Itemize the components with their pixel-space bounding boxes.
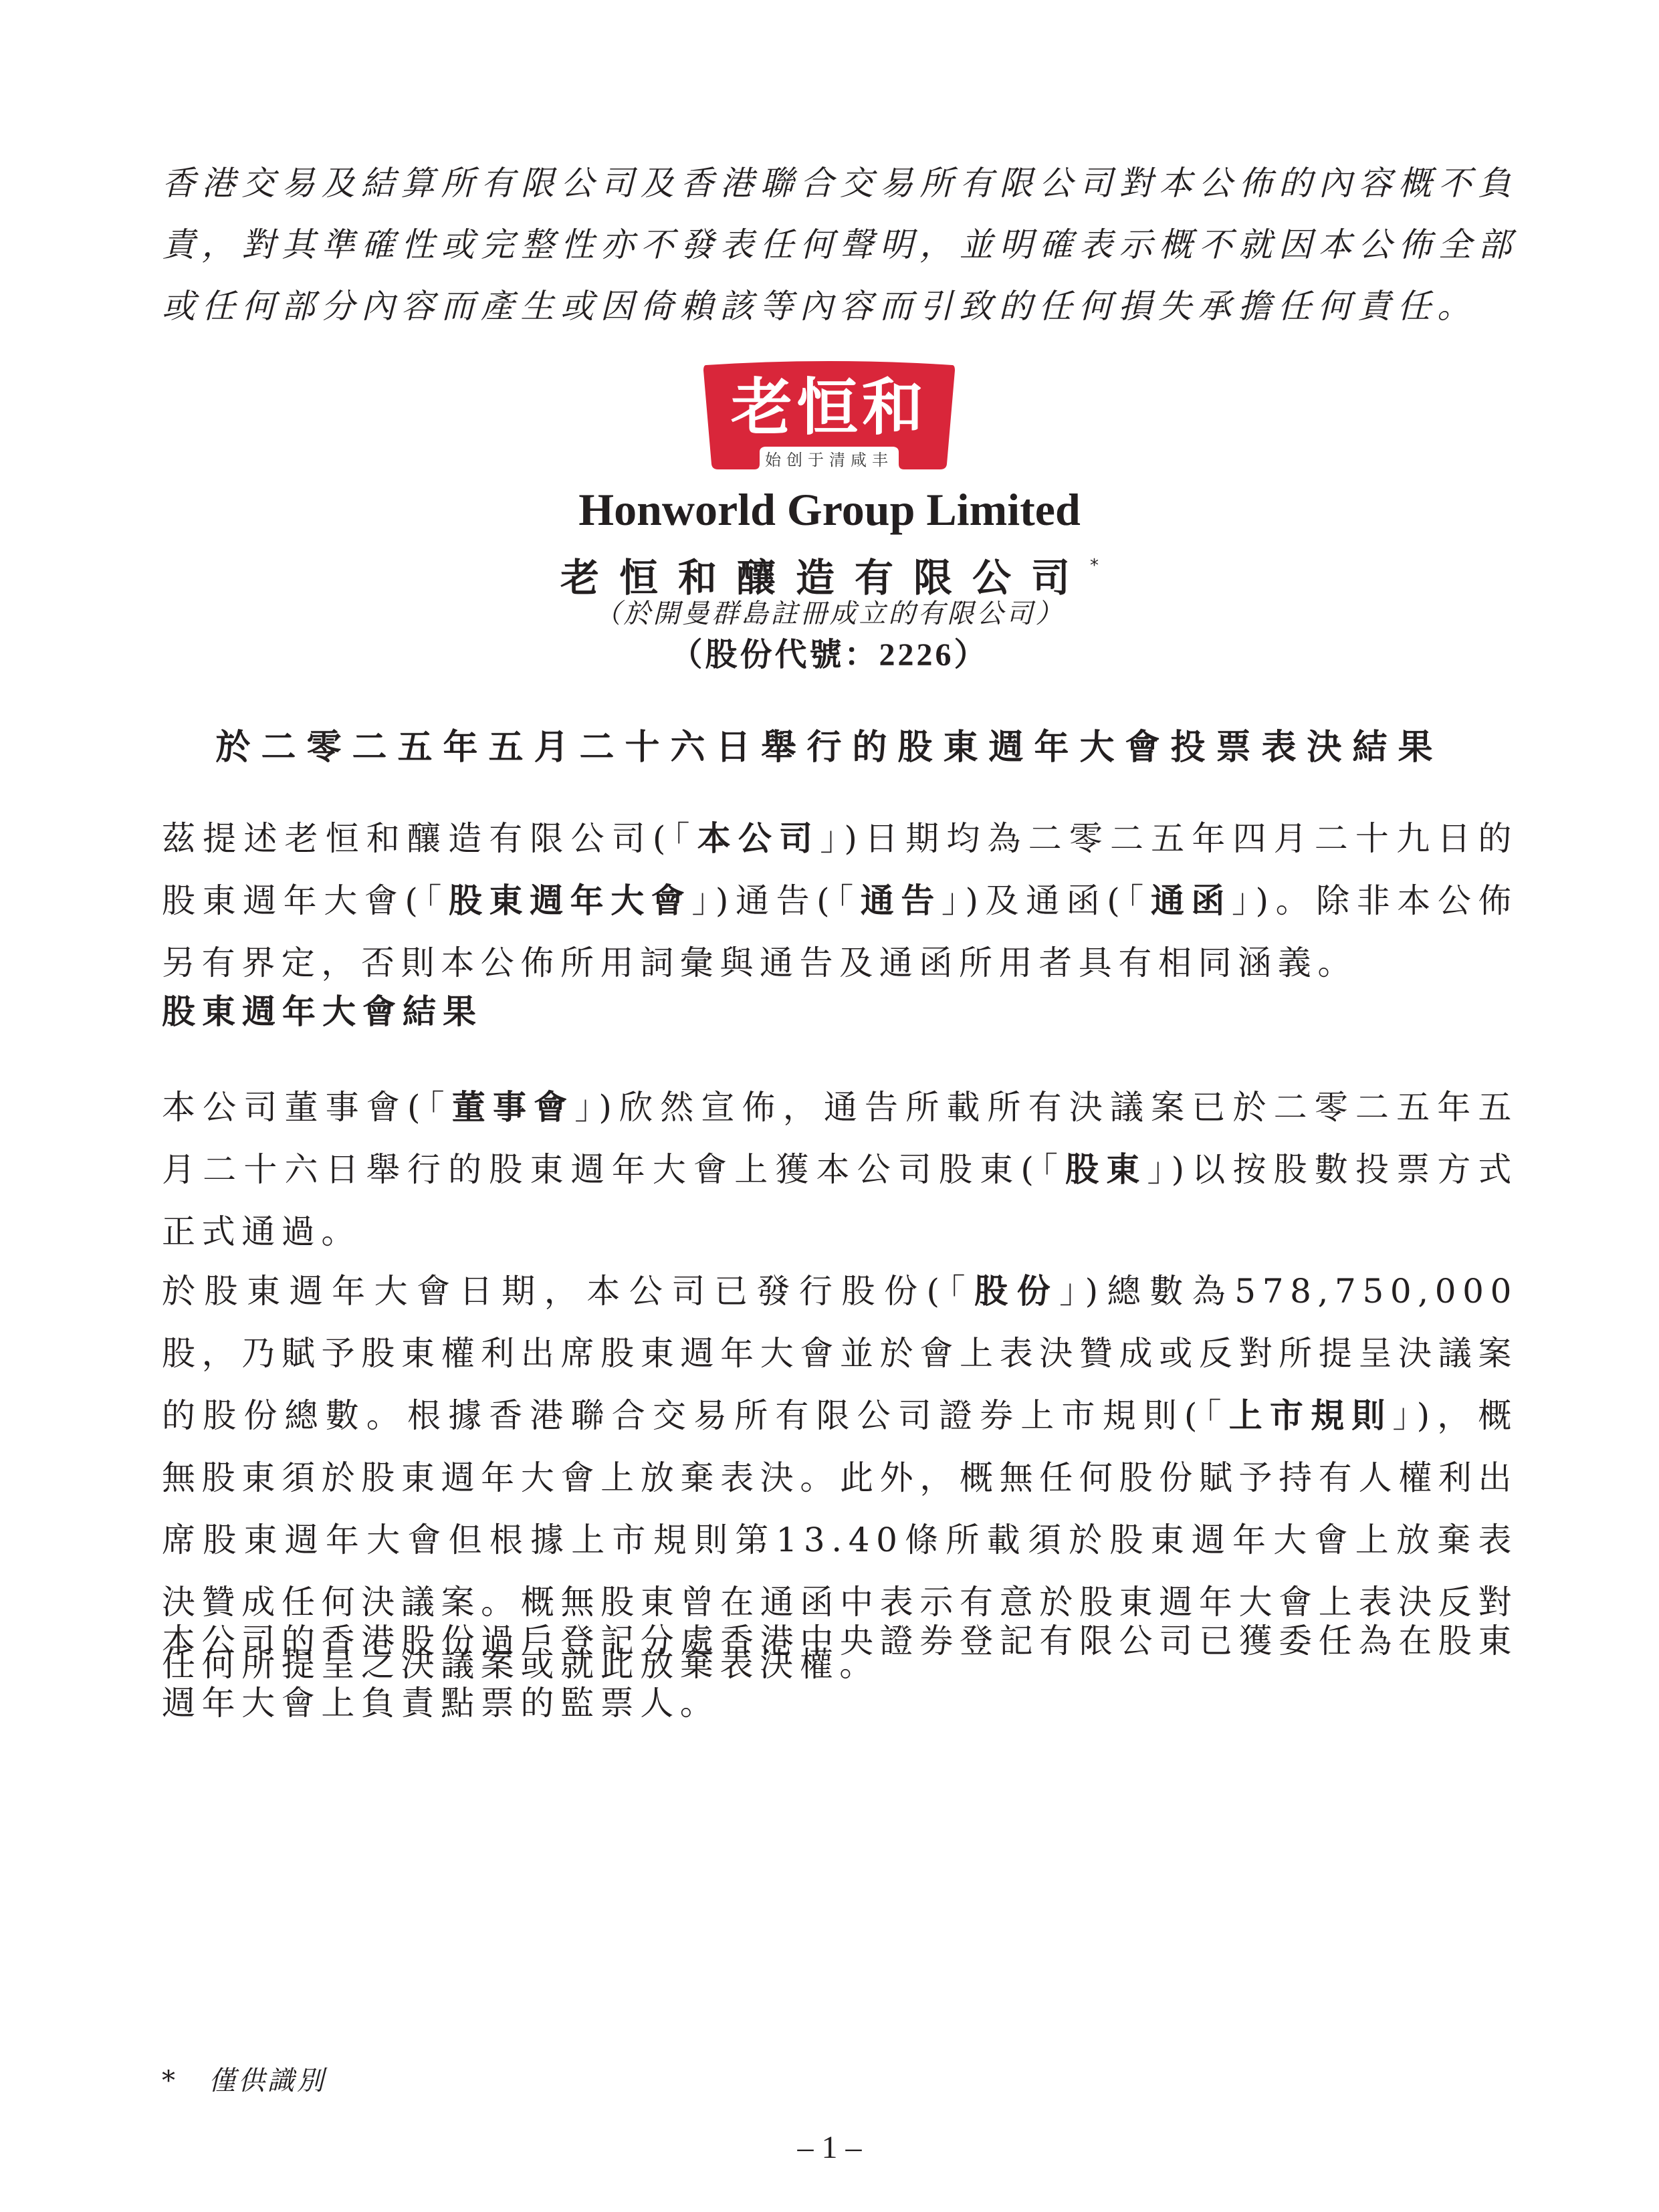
results-paragraph: 本公司董事會(「董事會」)欣然宣佈，通告所載所有決議案已於二零二五年五月二十六日…	[162, 1077, 1518, 1263]
stock-code: （股份代號：2226）	[0, 631, 1659, 679]
svg-text:老恒和: 老恒和	[731, 371, 927, 443]
defined-term: 股份	[974, 1272, 1059, 1311]
company-name-en: Honworld Group Limited	[0, 483, 1659, 536]
footnote: *僅供識別	[162, 2061, 326, 2101]
defined-term: 股東	[1065, 1150, 1147, 1189]
defined-term: 通函	[1151, 881, 1232, 920]
incorporation-note: （於開曼群島註冊成立的有限公司）	[0, 594, 1659, 634]
defined-term: 通告	[861, 881, 942, 920]
stock-code-number: 2226	[879, 637, 954, 673]
footnote-text: 僅供識別	[209, 2066, 326, 2096]
footnote-marker: *	[162, 2061, 209, 2101]
defined-term: 上市規則	[1229, 1396, 1393, 1435]
defined-term: 董事會	[452, 1088, 574, 1127]
svg-text:始创于清咸丰: 始创于清咸丰	[765, 451, 893, 469]
scrutineer-paragraph: 本公司的香港股份過戶登記分處香港中央證券登記有限公司已獲委任為在股東週年大會上負…	[162, 1610, 1518, 1735]
exchange-disclaimer: 香港交易及結算所有限公司及香港聯合交易所有限公司對本公佈的內容概不負責，對其準確…	[162, 152, 1518, 337]
intro-paragraph: 茲提述老恒和釀造有限公司(「本公司」)日期均為二零二五年四月二十九日的股東週年大…	[162, 808, 1518, 994]
logo-banner-icon: 老恒和 始创于清咸丰	[697, 358, 962, 472]
identification-mark: *	[1090, 556, 1099, 576]
page-number: – 1 –	[0, 2128, 1659, 2168]
defined-term: 股東週年大會	[449, 881, 691, 920]
defined-term: 本公司	[697, 819, 820, 858]
section-heading-agm-results: 股東週年大會結果	[162, 988, 483, 1035]
announcement-title: 於二零二五年五月二十六日舉行的股東週年大會投票表決結果	[0, 721, 1659, 774]
company-logo: 老恒和 始创于清咸丰	[697, 358, 962, 472]
